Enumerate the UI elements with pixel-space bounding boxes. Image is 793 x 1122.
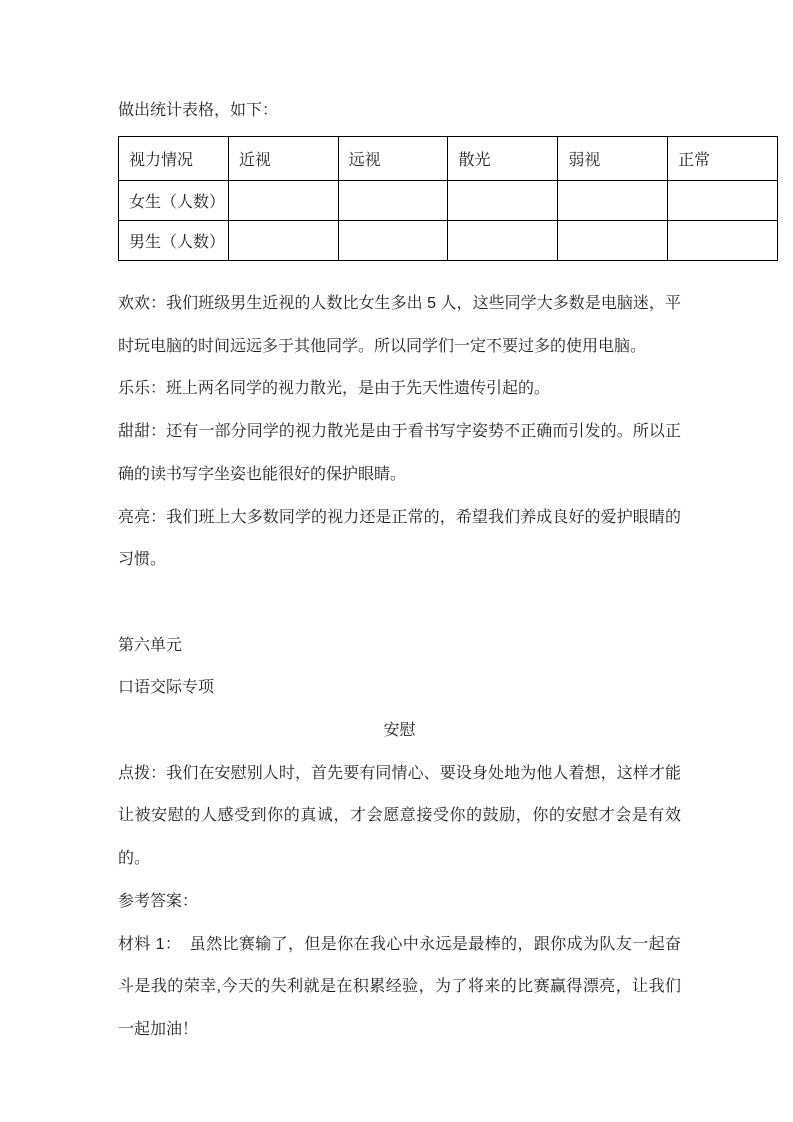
table-cell [228,181,338,221]
paragraph-lele: 乐乐：班上两名同学的视力散光，是由于先天性遗传引起的。 [118,368,681,411]
table-cell [558,181,668,221]
paragraph-huanhuan: 欢欢：我们班级男生近视的人数比女生多出 5 人，这些同学大多数是电脑迷，平时玩电… [118,283,681,368]
section-subtitle: 口语交际专项 [118,667,681,710]
table-header-vision-status: 视力情况 [119,137,229,181]
table-cell [338,221,448,261]
table-row-girls: 女生（人数） [119,181,778,221]
table-cell [668,181,778,221]
answers-label: 参考答案： [118,881,681,924]
table-row-boys: 男生（人数） [119,221,778,261]
table-cell [338,181,448,221]
table-header-astigmatism: 散光 [448,137,558,181]
table-header-myopia: 近视 [228,137,338,181]
table-cell [558,221,668,261]
paragraph-liangliang: 亮亮：我们班上大多数同学的视力还是正常的，希望我们养成良好的爱护眼睛的习惯。 [118,497,681,582]
table-cell [448,181,558,221]
paragraph-material-1: 材料 1： 虽然比赛输了，但是你在我心中永远是最棒的，跟你成为队友一起奋斗是我的… [118,924,681,1052]
intro-line: 做出统计表格，如下： [118,96,680,126]
table-cell [448,221,558,261]
paragraph-tip: 点拨：我们在安慰别人时，首先要有同情心、要设身处地为他人着想，这样才能让被安慰的… [118,753,681,881]
unit-title: 第六单元 [118,625,681,668]
row-label-girls: 女生（人数） [119,181,229,221]
topic-title: 安慰 [118,710,681,753]
table-header-normal: 正常 [668,137,778,181]
vision-stats-table: 视力情况 近视 远视 散光 弱视 正常 女生（人数） 男生（人数） [118,136,778,261]
table-cell [228,221,338,261]
table-cell [668,221,778,261]
table-header-amblyopia: 弱视 [558,137,668,181]
table-header-row: 视力情况 近视 远视 散光 弱视 正常 [119,137,778,181]
row-label-boys: 男生（人数） [119,221,229,261]
document-page: 做出统计表格，如下： 视力情况 近视 远视 散光 弱视 正常 女生（人数） 男生… [0,0,793,1122]
table-header-hyperopia: 远视 [338,137,448,181]
paragraph-tiantian: 甜甜：还有一部分同学的视力散光是由于看书写字姿势不正确而引发的。所以正确的读书写… [118,411,681,496]
body-text: 欢欢：我们班级男生近视的人数比女生多出 5 人，这些同学大多数是电脑迷，平时玩电… [118,283,681,1052]
blank-line [118,582,681,625]
